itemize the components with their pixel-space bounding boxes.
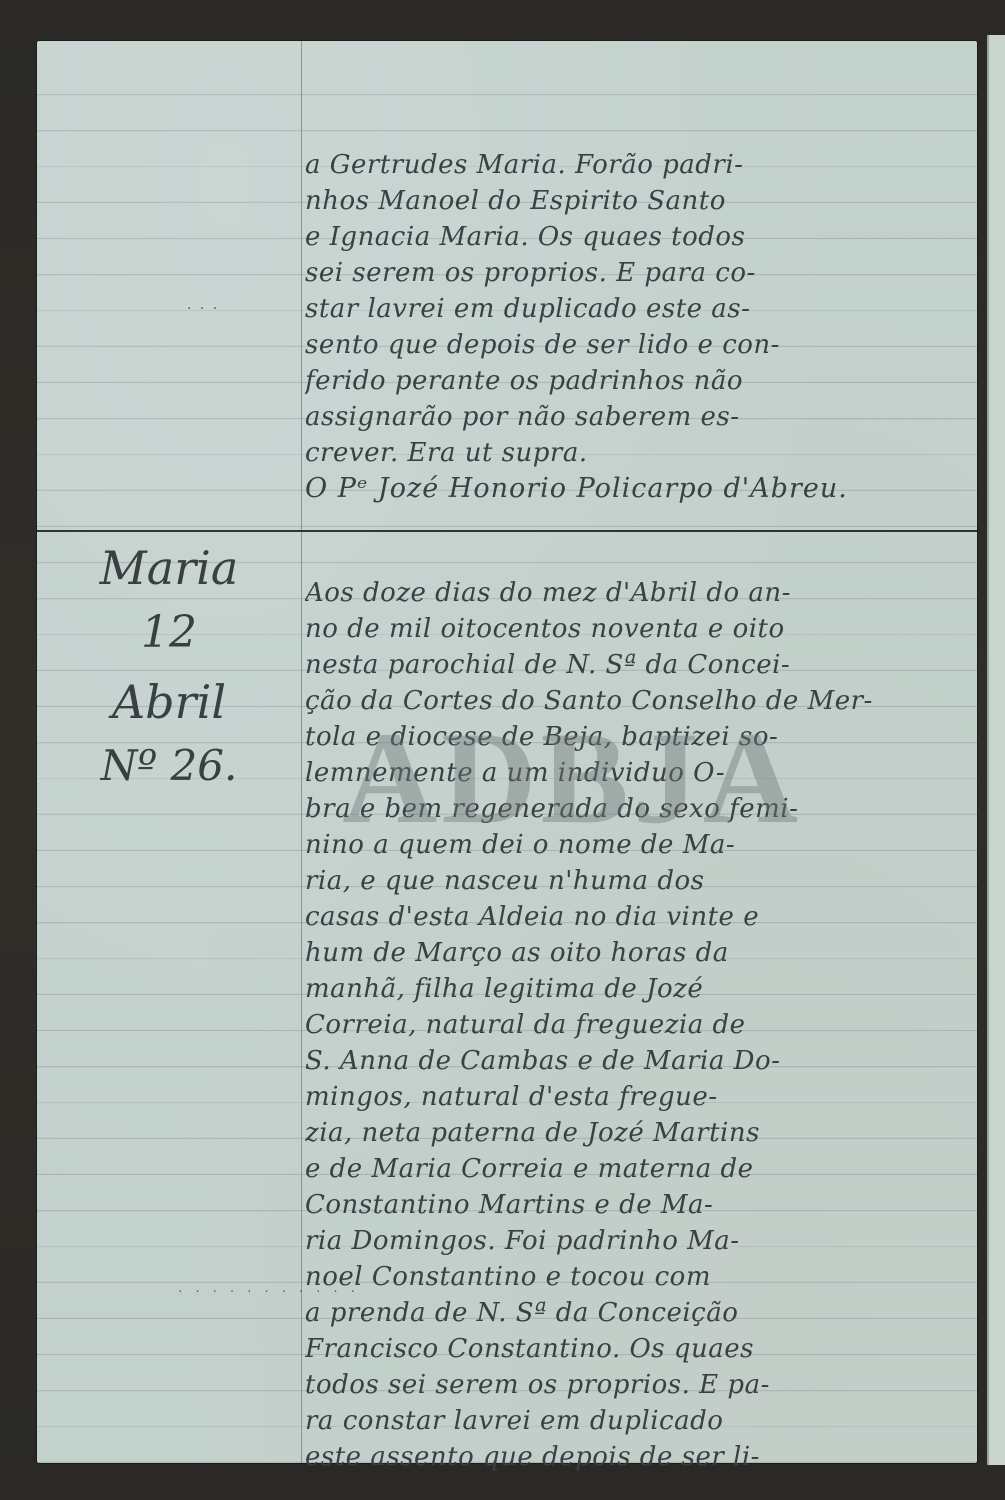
text-line: hum de Março as oito horas da xyxy=(305,935,965,971)
text-line: a Gertrudes Maria. Forão padri- xyxy=(305,147,965,183)
text-line: ria Domingos. Foi padrinho Ma- xyxy=(305,1223,965,1259)
text-line: e de Maria Correia e materna de xyxy=(305,1151,965,1187)
text-line: Aos doze dias do mez d'Abril do an- xyxy=(305,575,965,611)
text-line: noel Constantino e tocou com xyxy=(305,1259,965,1295)
text-line: Francisco Constantino. Os quaes xyxy=(305,1331,965,1367)
text-line: no de mil oitocentos noventa e oito xyxy=(305,611,965,647)
text-line: ção da Cortes do Santo Conselho de Mer- xyxy=(305,683,965,719)
entry-divider-line xyxy=(37,530,977,532)
text-line: ra constar lavrei em duplicado xyxy=(305,1403,965,1439)
text-line: este assento que depois de ser li- xyxy=(305,1439,965,1475)
text-line: S. Anna de Cambas e de Maria Do- xyxy=(305,1043,965,1079)
next-page-edge xyxy=(987,35,1005,1465)
text-line: ferido perante os padrinhos não xyxy=(305,363,965,399)
text-line: nhos Manoel do Espirito Santo xyxy=(305,183,965,219)
priest-signature: O Pᵉ Jozé Honorio Policarpo d'Abreu. xyxy=(305,471,965,507)
text-line: manhã, filha legitima de Jozé xyxy=(305,971,965,1007)
entry-text: Aos doze dias do mez d'Abril do an- no d… xyxy=(305,575,965,1475)
text-line: ria, e que nasceu n'huma dos xyxy=(305,863,965,899)
text-line: tola e diocese de Beja, baptizei so- xyxy=(305,719,965,755)
margin-entry-number: Nº 26. xyxy=(37,741,301,790)
text-line: lemnemente a um individuo O- xyxy=(305,755,965,791)
margin-month: Abril xyxy=(37,675,301,729)
text-line: assignarão por não saberem es- xyxy=(305,399,965,435)
text-line: zia, neta paterna de Jozé Martins xyxy=(305,1115,965,1151)
text-line: mingos, natural d'esta fregue- xyxy=(305,1079,965,1115)
text-line: sei serem os proprios. E para co- xyxy=(305,255,965,291)
text-line: Constantino Martins e de Ma- xyxy=(305,1187,965,1223)
text-line: bra e bem regenerada do sexo femi- xyxy=(305,791,965,827)
previous-entry-text: a Gertrudes Maria. Forão padri- nhos Man… xyxy=(305,147,965,507)
text-line: nino a quem dei o nome de Ma- xyxy=(305,827,965,863)
text-line: casas d'esta Aldeia no dia vinte e xyxy=(305,899,965,935)
register-page: · · · a Gertrudes Maria. Forão padri- nh… xyxy=(37,41,977,1463)
text-line: crever. Era ut supra. xyxy=(305,435,965,471)
margin-marks: · · · xyxy=(187,301,219,317)
margin-child-name: Maria xyxy=(37,541,301,595)
text-line: e Ignacia Maria. Os quaes todos xyxy=(305,219,965,255)
text-line: a prenda de N. Sª da Conceição xyxy=(305,1295,965,1331)
faint-stamp-marks: · · · · · · · · · · · xyxy=(177,1285,358,1298)
margin-rule-line xyxy=(301,41,302,1463)
margin-day: 12 xyxy=(37,607,301,658)
text-line: nesta parochial de N. Sª da Concei- xyxy=(305,647,965,683)
text-line: Correia, natural da freguezia de xyxy=(305,1007,965,1043)
text-line: todos sei serem os proprios. E pa- xyxy=(305,1367,965,1403)
text-line: star lavrei em duplicado este as- xyxy=(305,291,965,327)
text-line: sento que depois de ser lido e con- xyxy=(305,327,965,363)
